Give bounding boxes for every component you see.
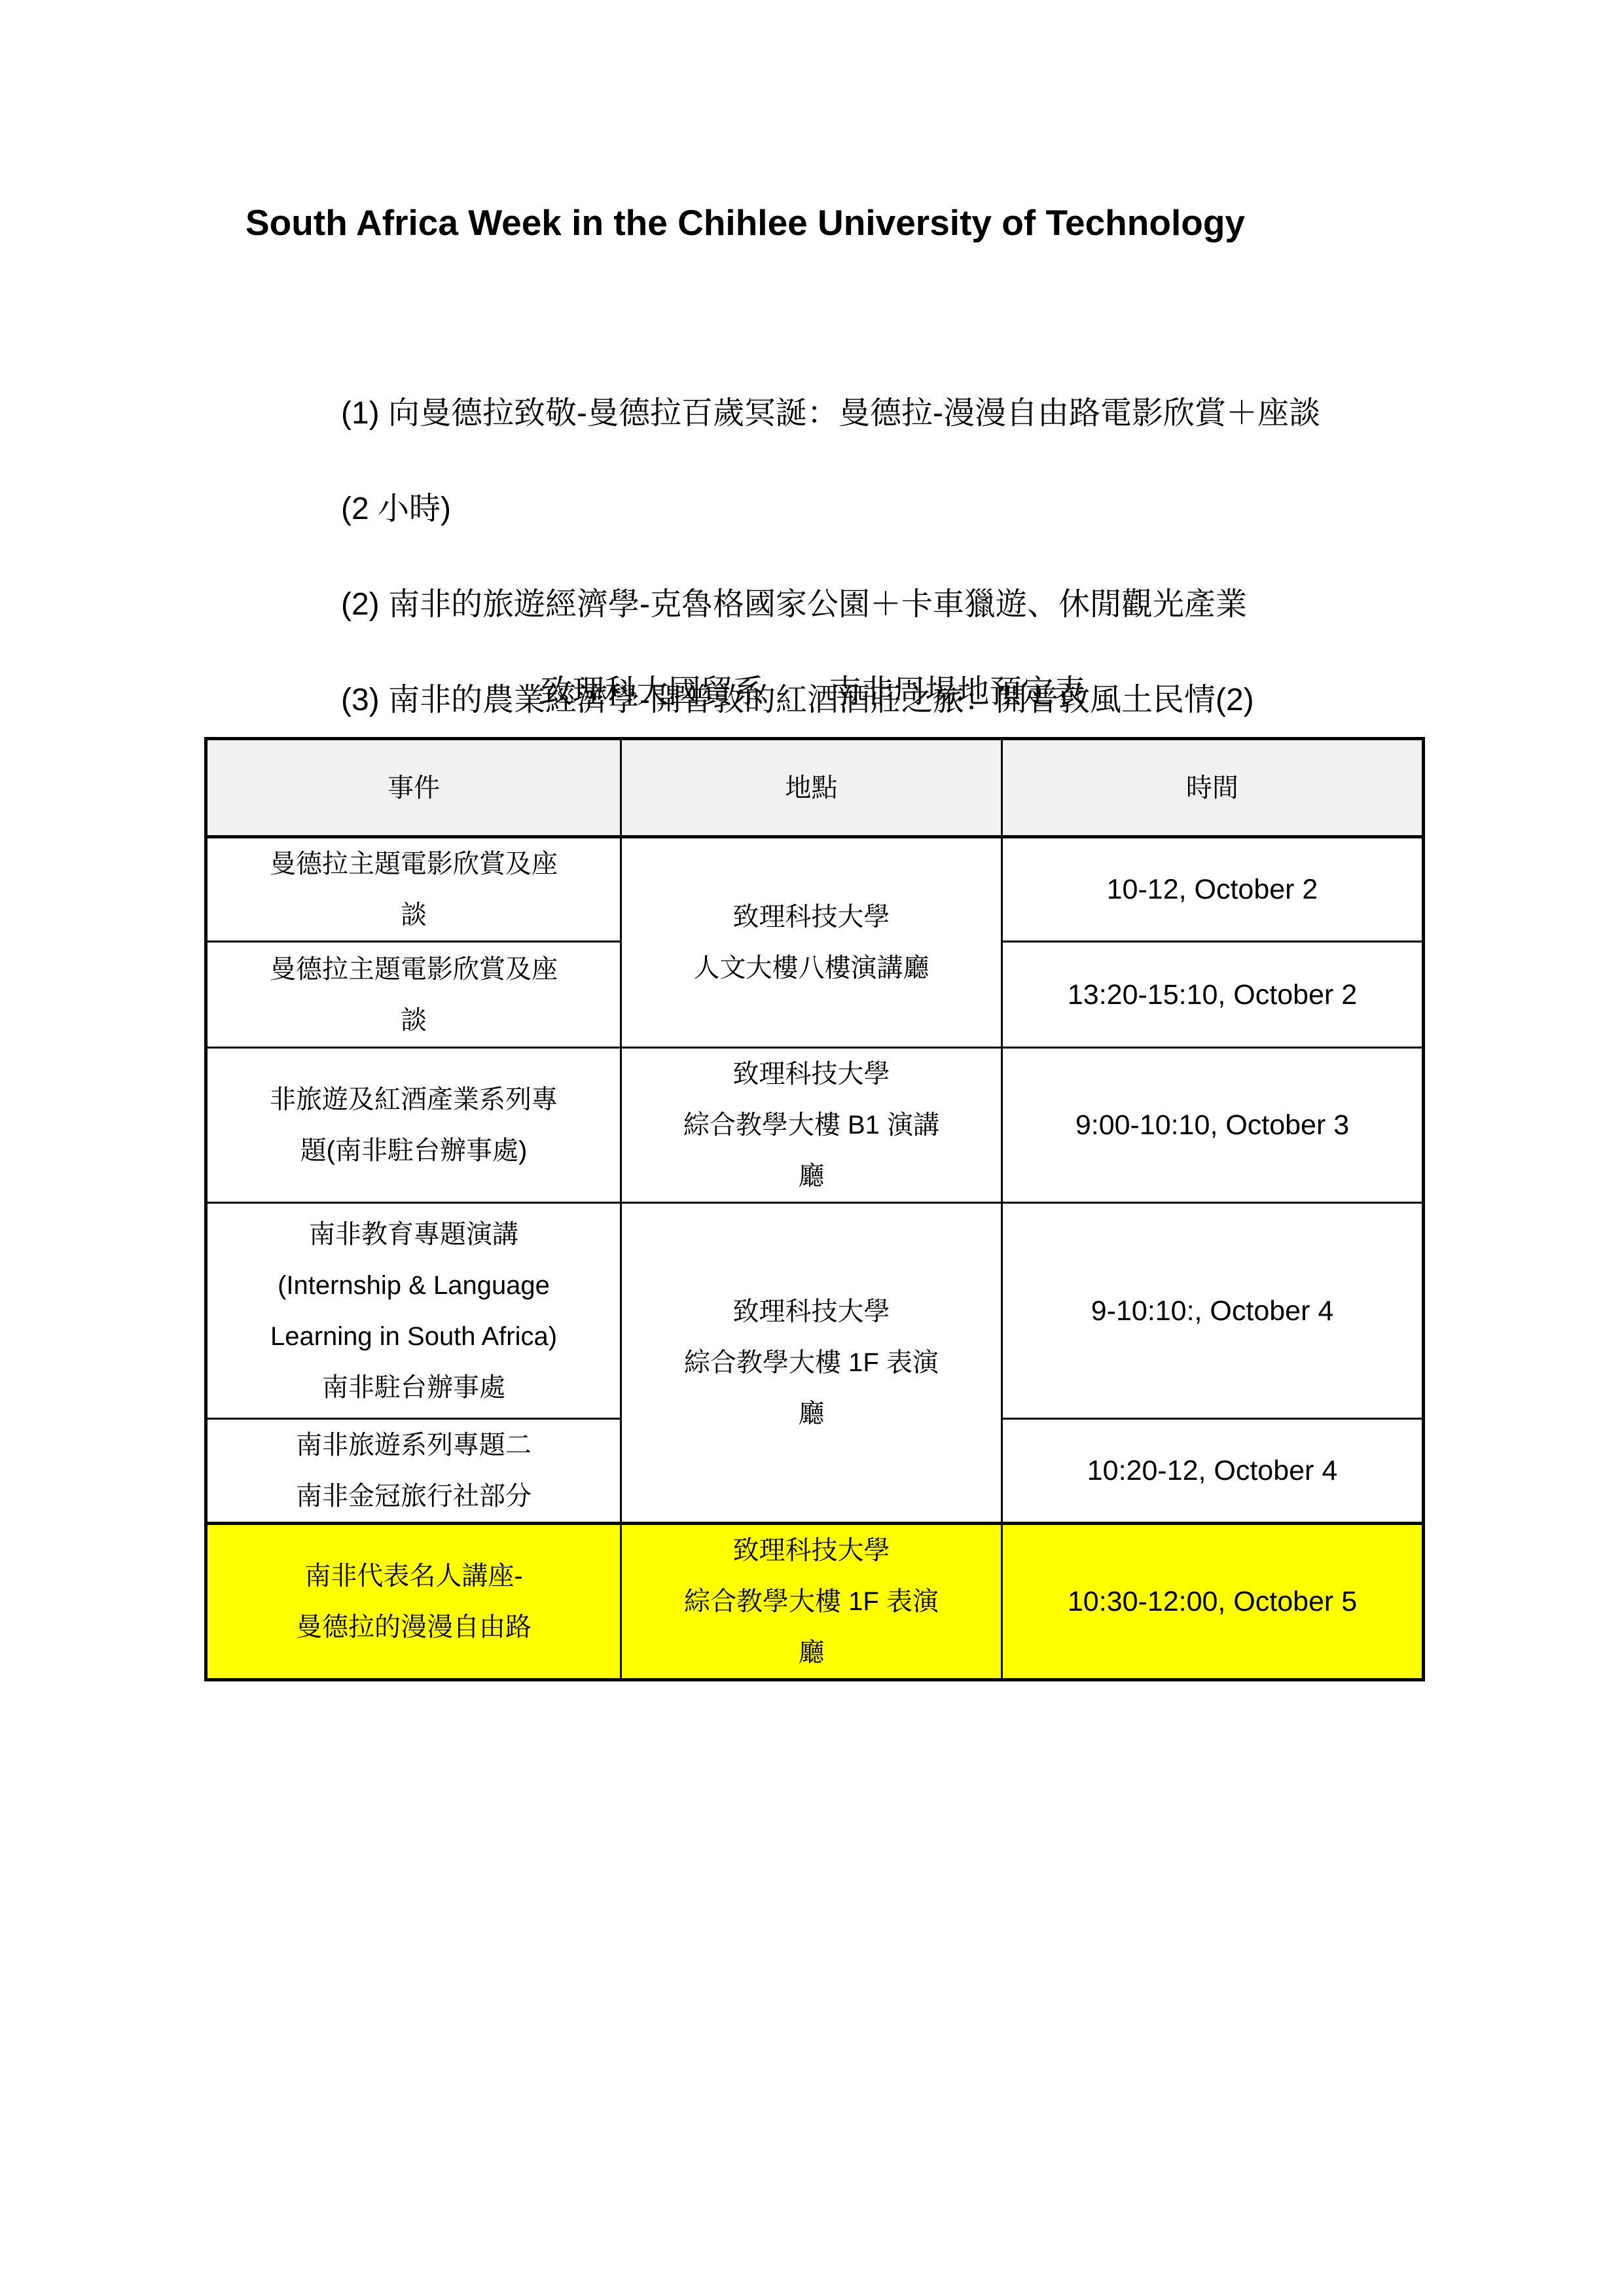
- intro-list-item-2: (2) 南非的旅遊經濟學-克魯格國家公園＋卡車獵遊、休閒觀光產業: [341, 581, 1454, 628]
- time-cell: 9-10:10:, October 4: [1002, 1203, 1424, 1419]
- intro-list-item-1-duration: (2 小時): [341, 485, 1454, 533]
- event-cell: 曼德拉主題電影欣賞及座 談: [206, 837, 621, 942]
- location-cell: 致理科技大學 綜合教學大樓 1F 表演 廳: [621, 1524, 1002, 1680]
- event-cell: 曼德拉主題電影欣賞及座 談: [206, 942, 621, 1048]
- schedule-table: 事件 地點 時間 曼德拉主題電影欣賞及座 談 致理科技大學 人文大樓八樓演講廳 …: [204, 737, 1425, 1681]
- table-row-highlighted: 南非代表名人講座- 曼德拉的漫漫自由路 致理科技大學 綜合教學大樓 1F 表演 …: [206, 1524, 1424, 1680]
- page-title: South Africa Week in the Chihlee Univers…: [245, 202, 1245, 243]
- location-cell: 致理科技大學 綜合教學大樓 B1 演講 廳: [621, 1048, 1002, 1203]
- column-header-time: 時間: [1002, 739, 1424, 837]
- time-cell: 10:30-12:00, October 5: [1002, 1524, 1424, 1680]
- location-cell: 致理科技大學 綜合教學大樓 1F 表演 廳: [621, 1203, 1002, 1524]
- table-row: 非旅遊及紅酒產業系列專 題(南非駐台辦事處) 致理科技大學 綜合教學大樓 B1 …: [206, 1048, 1424, 1203]
- location-cell: 致理科技大學 人文大樓八樓演講廳: [621, 837, 1002, 1048]
- header-row: 事件 地點 時間: [206, 739, 1424, 837]
- event-cell: 非旅遊及紅酒產業系列專 題(南非駐台辦事處): [206, 1048, 621, 1203]
- time-cell: 10:20-12, October 4: [1002, 1419, 1424, 1524]
- schedule-table-caption: 致理科大國貿系 南非周場地預定表: [204, 666, 1422, 712]
- column-header-event: 事件: [206, 739, 621, 837]
- time-cell: 9:00-10:10, October 3: [1002, 1048, 1424, 1203]
- column-header-location: 地點: [621, 739, 1002, 837]
- table-row: 南非教育專題演講 (Internship & Language Learning…: [206, 1203, 1424, 1419]
- event-cell: 南非代表名人講座- 曼德拉的漫漫自由路: [206, 1524, 621, 1680]
- time-cell: 10-12, October 2: [1002, 837, 1424, 942]
- intro-list-item-1: (1) 向曼德拉致敬-曼德拉百歲冥誕：曼德拉-漫漫自由路電影欣賞＋座談: [341, 389, 1454, 437]
- event-cell: 南非旅遊系列專題二 南非金冠旅行社部分: [206, 1419, 621, 1524]
- event-cell: 南非教育專題演講 (Internship & Language Learning…: [206, 1203, 621, 1419]
- time-cell: 13:20-15:10, October 2: [1002, 942, 1424, 1048]
- table-row: 曼德拉主題電影欣賞及座 談 致理科技大學 人文大樓八樓演講廳 10-12, Oc…: [206, 837, 1424, 942]
